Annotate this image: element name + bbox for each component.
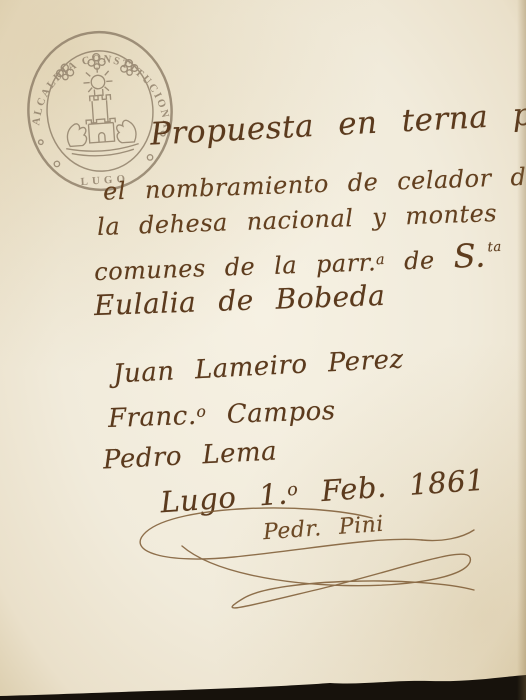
signatory-name-1: Juan Lameiro Perez [112,344,404,389]
signature-flourish [122,500,487,618]
title-main: Propuesta en terna p. [149,96,526,153]
seal-coat-of-arms [55,51,143,159]
body-line-4: comunes de la parr.a de S.ta [93,236,502,288]
line4-santa-abbrev: S. [453,236,487,275]
page-right-edge-shadow [517,0,526,700]
signatory-name-2: Franc.o Campos [108,396,337,434]
body-line-3: la dehesa nacional y montes [97,199,498,241]
scan-bottom-edge [0,670,526,700]
name2-main: Franc. [108,401,198,434]
name2-superscript: o [196,403,207,421]
name2-rest: Campos [206,396,336,430]
municipal-seal-stamp: ALCALDIA CONSTITUCIONAL LUGO [22,28,178,194]
title-line: Propuesta en terna p.a [149,95,526,152]
line4-superscript: a [376,251,386,267]
signatory-name-3: Pedro Lema [102,436,278,475]
line4-santa-superscript: ta [487,240,502,255]
dateline-superscript: o [287,480,299,501]
document-page: ALCALDIA CONSTITUCIONAL LUGO Propuesta e… [0,0,526,700]
line4-mid: de [385,246,454,276]
